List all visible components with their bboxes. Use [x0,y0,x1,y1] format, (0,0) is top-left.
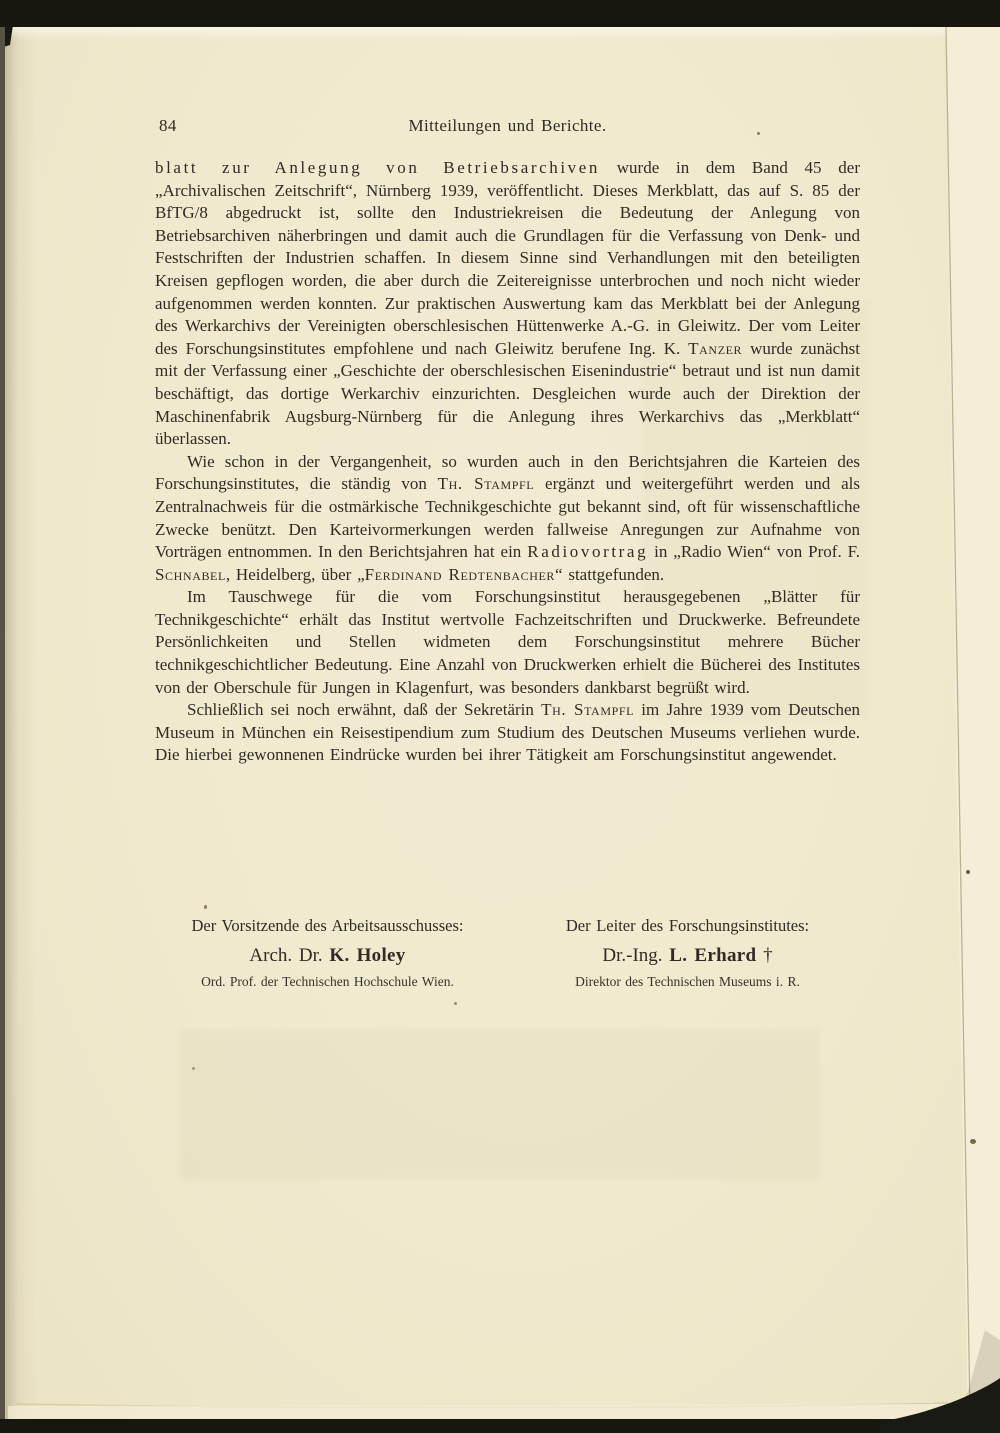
text-segment: Tanzer [688,339,742,358]
signature-role: Der Vorsitzende des Arbeitsausschusses: [155,916,500,936]
text-segment: Schnabel [155,565,226,584]
signature-name: Arch. Dr. K. Holey [155,945,500,967]
body-paragraph: Wie schon in der Vergangenheit, so wurde… [155,451,860,587]
signature-title: Direktor des Technischen Museums i. R. [515,974,860,990]
scanned-book-page: 84 Mitteilungen und Berichte. blatt zur … [0,0,1000,1433]
scan-speck [192,1067,195,1070]
name-prefix: Dr.-Ing. [602,945,669,966]
scan-speck [454,1002,457,1005]
text-segment: Th. Stampfl [541,700,634,719]
body-paragraph: Im Tauschwege für die vom Forschungsinst… [155,586,860,699]
text-segment: Th. Stampfl [438,474,535,493]
name-prefix: Arch. Dr. [249,945,329,966]
name-bold: K. Holey [329,945,405,966]
body-text: blatt zur Anlegung von Betriebsarchiven … [155,157,860,767]
body-paragraph: Schließlich sei noch erwähnt, daß der Se… [155,699,860,767]
dagger-mark: † [756,945,772,966]
running-header-title: Mitteilungen und Berichte. [155,116,860,136]
text-segment: blatt zur Anlegung von Betriebsarchiven [155,158,600,177]
text-segment: wurde in dem Band 45 der „Archivalischen… [155,158,860,358]
signature-name: Dr.-Ing. L. Erhard † [515,945,860,967]
text-segment: “ stattgefunden. [555,565,664,584]
scan-speck [757,132,760,135]
name-bold: L. Erhard [669,945,756,966]
signature-block: Der Vorsitzende des Arbeitsausschusses: … [155,916,860,990]
text-segment: Schließlich sei noch erwähnt, daß der Se… [187,700,541,719]
text-segment: , Heidelberg, über „ [226,565,365,584]
signature-role: Der Leiter des Forschungsinstitutes: [515,916,860,936]
bleed-through-smudge [180,1030,820,1180]
text-segment: Im Tauschwege für die vom Forschungsinst… [155,587,860,696]
text-segment: Ferdinand Redtenbacher [365,565,555,584]
scan-speck [966,870,970,874]
signature-right: Der Leiter des Forschungsinstitutes: Dr.… [515,916,860,990]
signature-title: Ord. Prof. der Technischen Hochschule Wi… [155,974,500,990]
text-segment: in „Radio Wien“ von Prof. F. [648,542,860,561]
scan-speck [970,1139,976,1144]
signature-left: Der Vorsitzende des Arbeitsausschusses: … [155,916,500,990]
scan-speck [204,905,207,909]
body-paragraph: blatt zur Anlegung von Betriebsarchiven … [155,157,860,451]
running-header: 84 Mitteilungen und Berichte. [155,116,860,140]
text-segment: Radiovortrag [527,542,648,561]
